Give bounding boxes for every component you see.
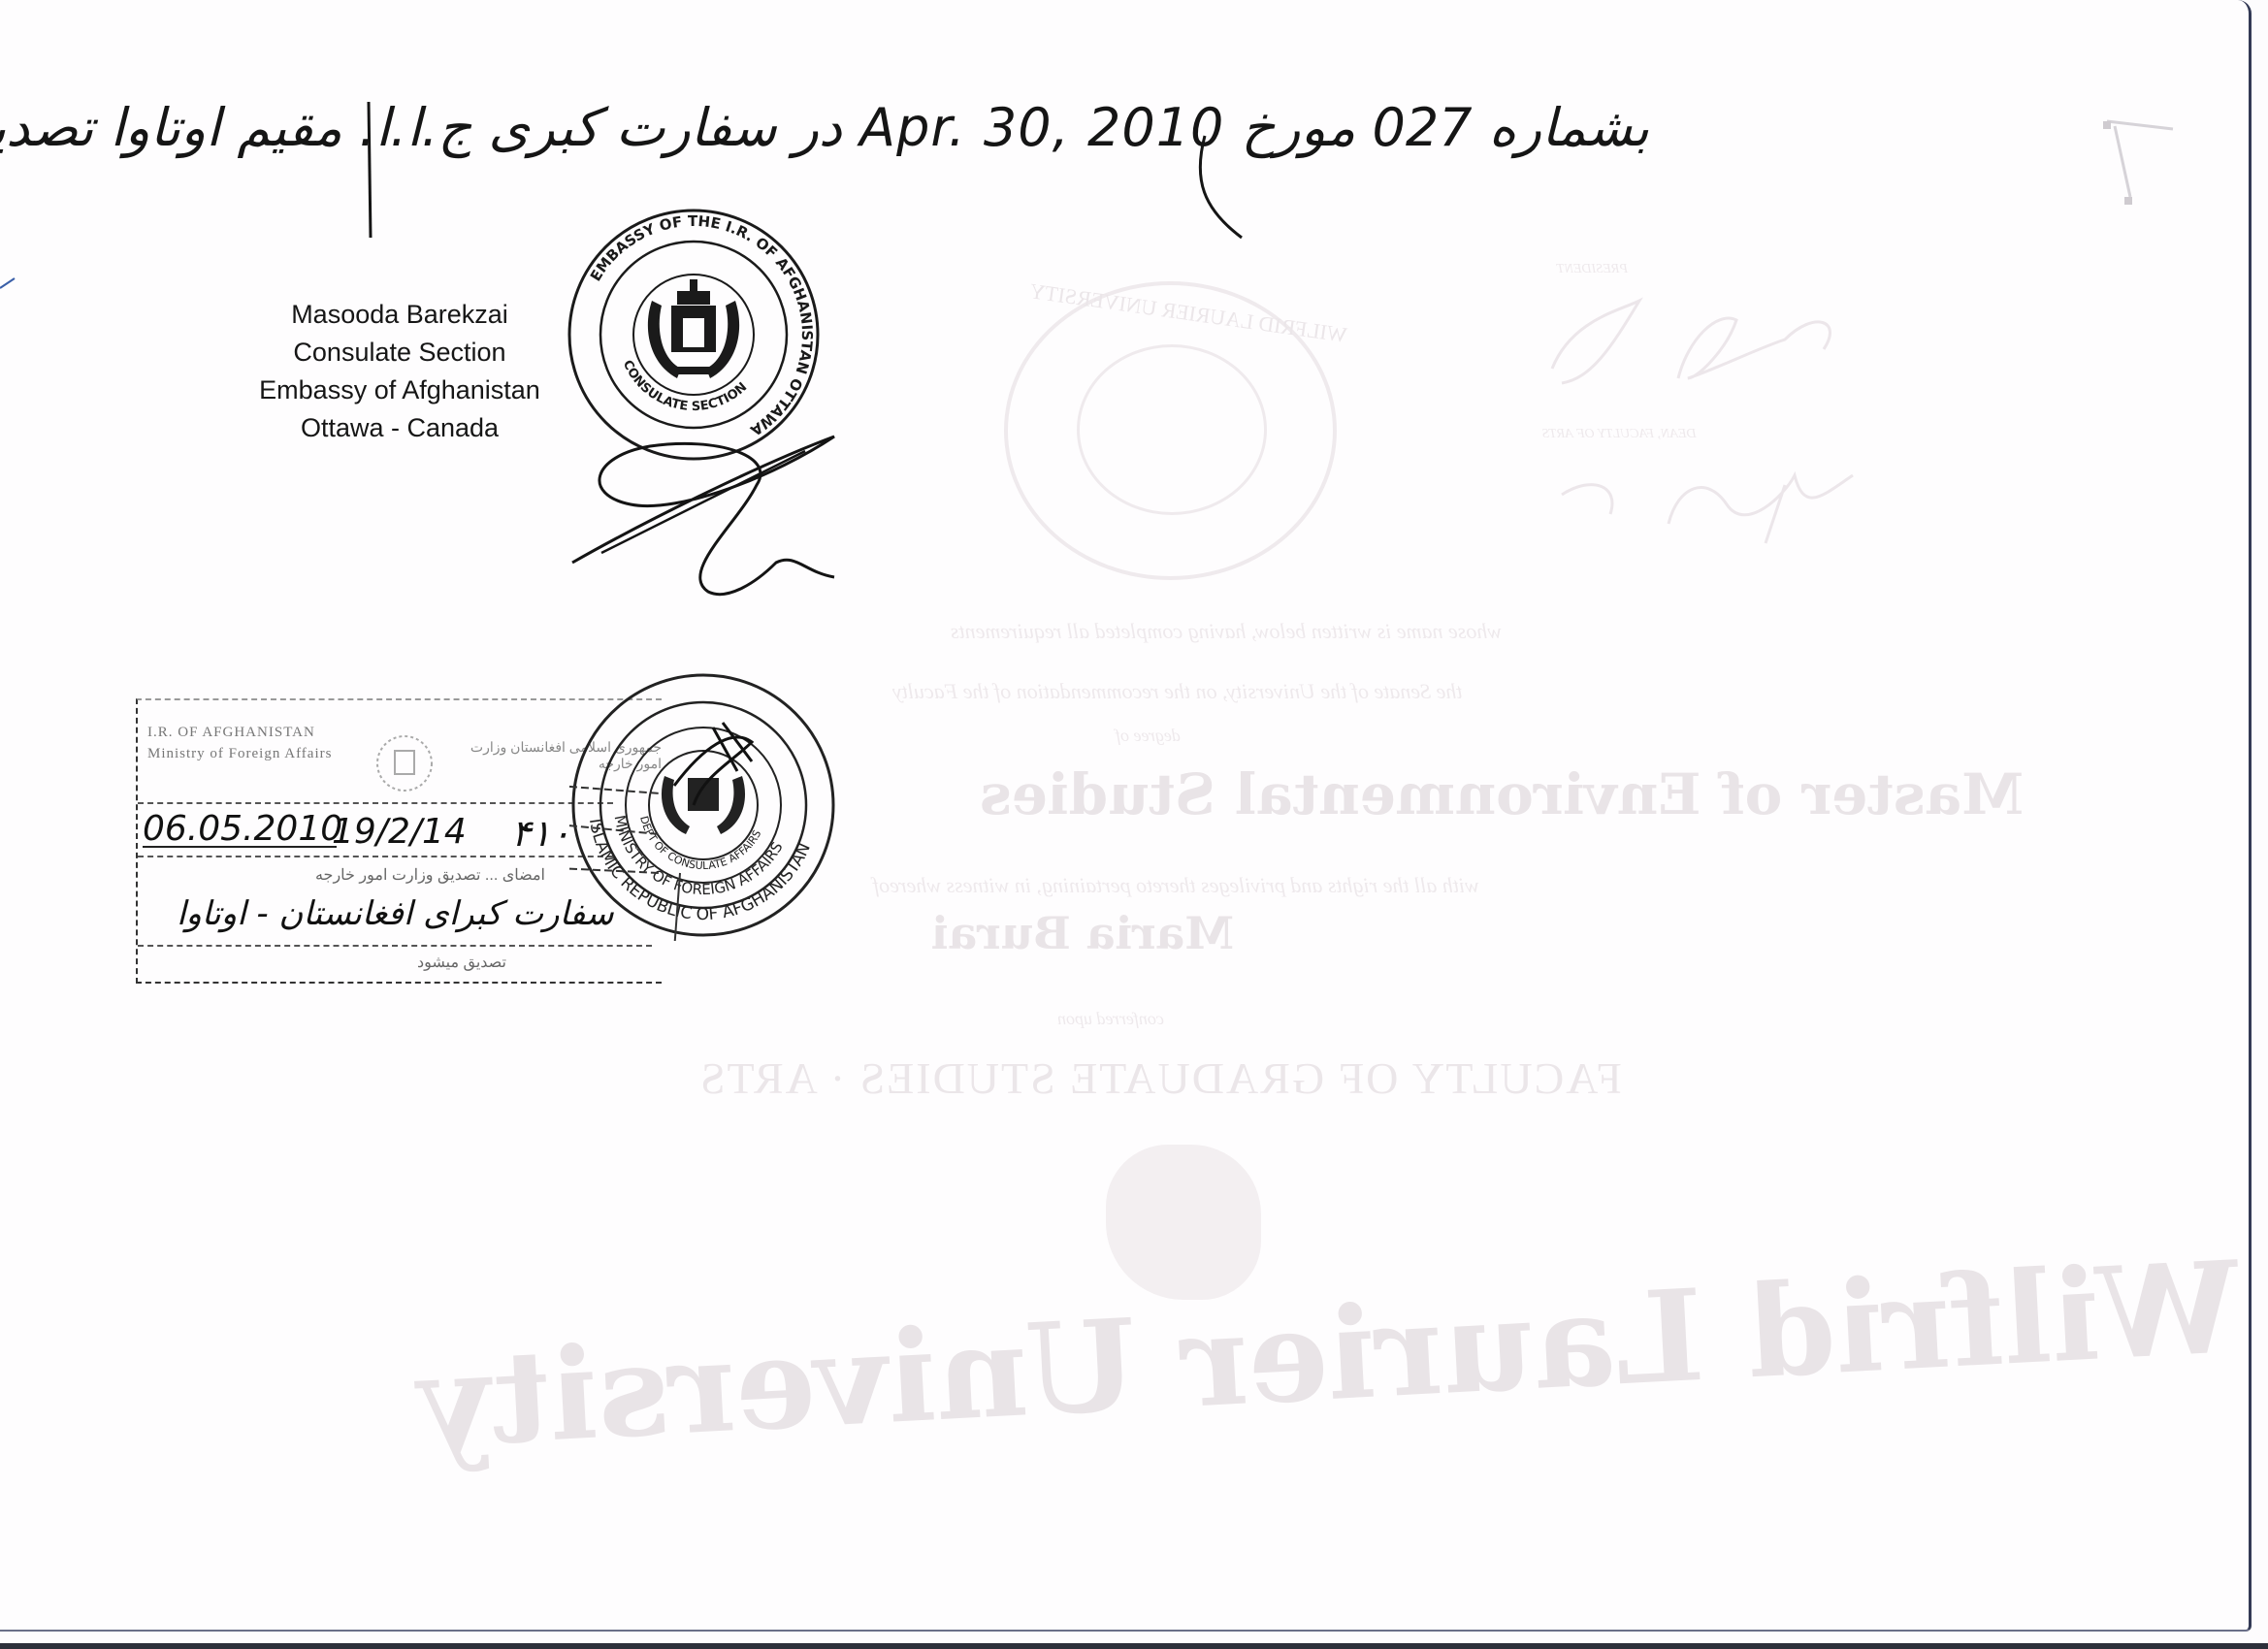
bleed-text-line: conferred upon: [1057, 1009, 1164, 1029]
consul-embassy: Embassy of Afghanistan: [225, 372, 574, 409]
blue-pen-mark: [0, 275, 19, 290]
consul-name: Masooda Barekzai: [225, 296, 574, 334]
mofa-printed-line: امضای ... تصدیق وزارت امور خارجه: [315, 865, 545, 885]
bleed-signature-1: [1533, 281, 1853, 398]
mofa-number: ۴۱۰: [511, 812, 570, 855]
mofa-printed-line: تصدیق میشود: [417, 953, 506, 972]
bleed-university-name: Wilfrid Laurier University: [414, 1233, 2243, 1476]
bleed-text-line: degree of: [1116, 726, 1181, 746]
mofa-handwritten-fa: سفارت کبرای افغانستان - اوتاوا: [177, 894, 614, 933]
staple-marks: [2095, 92, 2268, 218]
bleed-signature-2: [1533, 456, 1882, 563]
consul-city: Ottawa - Canada: [225, 409, 574, 447]
mofa-date-gregorian: 06.05.2010: [143, 809, 342, 849]
divider: [138, 945, 652, 947]
bleed-university-crest: [1106, 1145, 1261, 1300]
bleed-degree: Master of Environmental Studies: [980, 761, 2024, 827]
bleed-recipient: Maria Burai: [931, 907, 1234, 959]
svg-text:CONSULATE SECTION: CONSULATE SECTION: [620, 358, 751, 414]
consul-section: Consulate Section: [225, 334, 574, 372]
bleed-university-seal-inner: [1077, 344, 1267, 515]
svg-text:DEPT OF CONSULATE AFFAIRS: DEPT OF CONSULATE AFFAIRS: [637, 815, 763, 872]
mofa-date-solar: 19/2/14: [332, 812, 467, 852]
document-page: WILFRID LAURIER UNIVERSITY PRESIDENT DEA…: [0, 0, 2252, 1632]
scanner-edge: [0, 1643, 2268, 1649]
mofa-box-header-en: I.R. OF AFGHANISTAN Ministry of Foreign …: [147, 722, 332, 764]
bleed-faculty: FACULTY OF GRADUATE STUDIES · ARTS: [698, 1052, 1622, 1104]
bleed-text-line: the Senate of the University, on the rec…: [892, 679, 1463, 704]
mofa-seal: ISLAMIC REPUBLIC OF AFGHANISTAN MINISTRY…: [567, 669, 839, 941]
consulate-signature-block: Masooda Barekzai Consulate Section Embas…: [225, 296, 574, 447]
mofa-emblem-icon: [366, 729, 443, 797]
divider: [143, 846, 337, 848]
divider: [138, 802, 613, 804]
consul-signature: [563, 417, 854, 601]
bleed-text-line: with all the rights and privileges there…: [873, 873, 1479, 898]
bleed-sig-label-president: PRESIDENT: [1557, 262, 1628, 277]
mofa-seal-graphic: ISLAMIC REPUBLIC OF AFGHANISTAN MINISTRY…: [567, 669, 839, 941]
divider: [138, 856, 613, 857]
bleed-sig-label-dean: DEAN, FACULTY OF ARTS: [1542, 427, 1697, 442]
bleed-text-line: whose name is written below, having comp…: [951, 619, 1502, 644]
